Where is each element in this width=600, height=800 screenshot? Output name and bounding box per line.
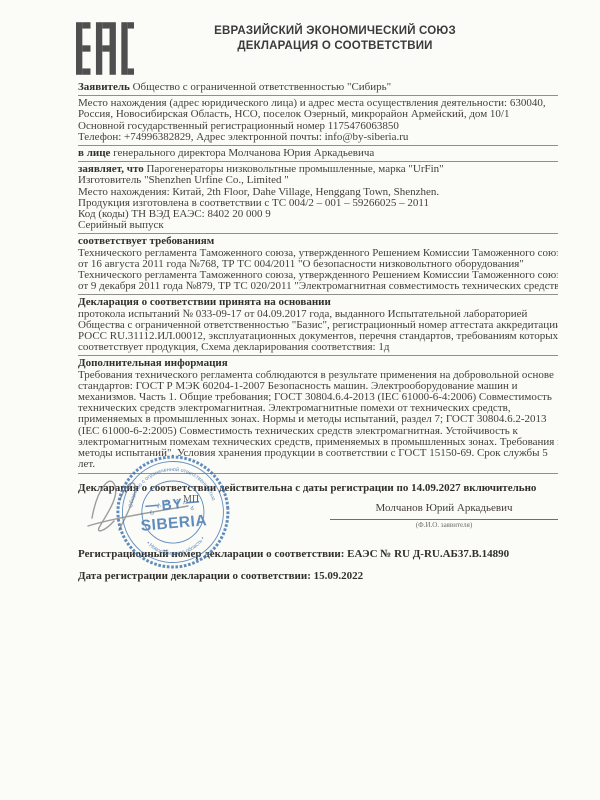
additional-line: Требования технического регламента соблю…: [78, 370, 558, 381]
company-stamp: Общество с ограниченной ответственностью…: [105, 447, 241, 580]
stamp-center-line1: BY: [161, 495, 184, 513]
eac-logo-icon: [76, 20, 134, 77]
applicant-details: Место нахождения (адрес юридического лиц…: [78, 96, 558, 146]
conformity-line: от 16 августа 2011 года №768, ТР ТС 004/…: [78, 259, 558, 270]
document-title: ДЕКЛАРАЦИЯ О СООТВЕТСТВИИ: [190, 39, 480, 54]
representative-value: генерального директора Молчанова Юрия Ар…: [113, 148, 374, 159]
representative-row: в лице генерального директора Молчанова …: [78, 146, 558, 162]
basis-line: соответствует продукция, Схема деклариро…: [78, 342, 558, 353]
release-type: Серийный выпуск: [78, 220, 558, 231]
signatory-name: Молчанов Юрий Аркадьевич: [330, 503, 558, 514]
additional-heading: Дополнительная информация: [78, 358, 558, 369]
product-name: Парогенераторы низковольтные промышленны…: [146, 164, 443, 175]
applicant-address-line1: Место нахождения (адрес юридического лиц…: [78, 98, 558, 109]
applicant-row: Заявитель Общество с ограниченной ответс…: [78, 80, 558, 96]
representative-label: в лице: [78, 148, 110, 159]
additional-line: технических средств электромагнитная. Эл…: [78, 403, 558, 414]
basis-line: РОСС RU.31112.ИЛ.00012, эксплуатационных…: [78, 331, 558, 342]
applicant-name: Общество с ограниченной ответственностью…: [133, 82, 392, 93]
conformity-heading: соответствует требованиям: [78, 236, 558, 247]
applicant-ogrn: Основной государственный регистрационный…: [78, 121, 558, 132]
additional-line: (IEC 61000-6-2:2005) Совместимость техни…: [78, 426, 558, 437]
signature-caption: (Ф.И.О. заявителя): [330, 521, 558, 529]
basis-section: Декларация о соответствии принята на осн…: [78, 295, 558, 356]
union-title: ЕВРАЗИЙСКИЙ ЭКОНОМИЧЕСКИЙ СОЮЗ: [190, 24, 480, 39]
conformity-line: Технического регламента Таможенного союз…: [78, 248, 558, 259]
manufacturer: Изготовитель "Shenzhen Urfine Co., Limit…: [78, 175, 558, 186]
basis-line: протокола испытаний № 033-09-17 от 04.09…: [78, 309, 558, 320]
made-to-standard: Продукция изготовлена в соответствии с Т…: [78, 198, 558, 209]
applicant-contacts: Телефон: +74996382829, Адрес электронной…: [78, 132, 558, 143]
product-section: заявляет, что Парогенераторы низковольтн…: [78, 162, 558, 234]
conformity-section: соответствует требованиям Технического р…: [78, 234, 558, 295]
additional-line: стандартов: ГОСТ Р МЭК 60204-1-2007 Безо…: [78, 381, 558, 392]
additional-line: механизмов. Часть 1. Общие требования; Г…: [78, 392, 558, 403]
conformity-line: Технического регламента Таможенного союз…: [78, 270, 558, 281]
basis-line: Общества с ограниченной ответственностью…: [78, 320, 558, 331]
additional-line: электромагнитным помехам технических сре…: [78, 437, 558, 448]
signature-underline: [330, 519, 558, 520]
additional-line: применяемых в промышленных зонах. Нормы …: [78, 414, 558, 425]
manufacturer-address: Место нахождения: Китай, 2th Floor, Dahe…: [78, 187, 558, 198]
applicant-label: Заявитель: [78, 82, 130, 93]
tnved-code: Код (коды) ТН ВЭД ЕАЭС: 8402 20 000 9: [78, 209, 558, 220]
declaration-document: ЕВРАЗИЙСКИЙ ЭКОНОМИЧЕСКИЙ СОЮЗ ДЕКЛАРАЦИ…: [0, 0, 600, 800]
applicant-address-line2: Россия, Новосибирская Область, НСО, посе…: [78, 109, 558, 120]
basis-heading: Декларация о соответствии принята на осн…: [78, 297, 558, 308]
conformity-line: от 9 декабря 2011 года №879, ТР ТС 020/2…: [78, 281, 558, 292]
document-header: ЕВРАЗИЙСКИЙ ЭКОНОМИЧЕСКИЙ СОЮЗ ДЕКЛАРАЦИ…: [190, 24, 480, 54]
declares-label: заявляет, что: [78, 164, 144, 175]
